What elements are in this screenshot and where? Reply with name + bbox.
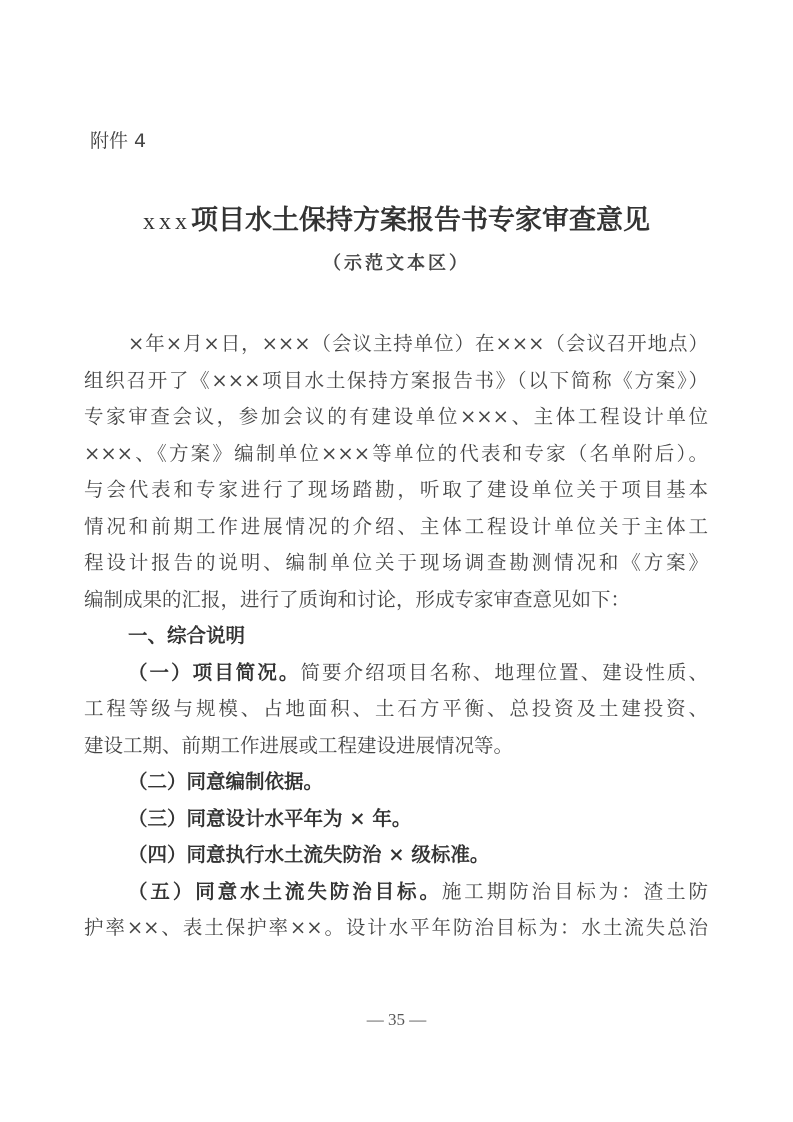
attachment-label: 附件 4 — [90, 126, 146, 153]
document-subtitle: （示范文本区） — [0, 249, 793, 275]
item-1-line: 工程等级与规模、占地面积、土石方平衡、总投资及土建投资、 — [84, 691, 708, 728]
item-text: 简要介绍项目名称、地理位置、建设性质、 — [300, 661, 708, 684]
title-prefix: xxx — [143, 209, 191, 235]
intro-line: 组织召开了《×××项目水土保持方案报告书》（以下简称《方案》） — [84, 363, 708, 400]
intro-line: 程设计报告的说明、编制单位关于现场调查勘测情况和《方案》 — [84, 545, 708, 582]
intro-line: ×××、《方案》编制单位×××等单位的代表和专家（名单附后）。 — [84, 436, 708, 473]
document-title: xxx项目水土保持方案报告书专家审查意见 — [0, 198, 793, 237]
item-text: 施工期防治目标为：渣土防 — [442, 880, 708, 903]
section-heading: 一、综合说明 — [84, 618, 708, 655]
intro-line: 编制成果的汇报，进行了质询和讨论，形成专家审查意见如下： — [84, 582, 708, 619]
item-5-line: （五）同意水土流失防治目标。施工期防治目标为：渣土防 — [84, 874, 708, 911]
document-body: ×年×月×日，×××（会议主持单位）在×××（会议召开地点） 组织召开了《×××… — [84, 326, 708, 947]
item-label: （一）项目简况。 — [128, 661, 300, 684]
page-number: — 35 — — [0, 1010, 793, 1030]
item-label: （三）同意设计水平年为 × 年。 — [128, 807, 411, 830]
item-label: （二）同意编制依据。 — [128, 770, 323, 793]
item-1-line: （一）项目简况。简要介绍项目名称、地理位置、建设性质、 — [84, 655, 708, 692]
item-2-line: （二）同意编制依据。 — [84, 764, 708, 801]
item-4-line: （四）同意执行水土流失防治 × 级标准。 — [84, 837, 708, 874]
item-label: （四）同意执行水土流失防治 × 级标准。 — [128, 843, 489, 866]
title-main: 项目水土保持方案报告书专家审查意见 — [191, 205, 650, 236]
intro-line: ×年×月×日，×××（会议主持单位）在×××（会议召开地点） — [84, 326, 708, 363]
item-1-line: 建设工期、前期工作进展或工程建设进展情况等。 — [84, 728, 708, 765]
item-label: （五）同意水土流失防治目标。 — [128, 880, 442, 903]
item-5-line: 护率××、表土保护率××。设计水平年防治目标为：水土流失总治 — [84, 910, 708, 947]
intro-line: 专家审查会议，参加会议的有建设单位×××、主体工程设计单位 — [84, 399, 708, 436]
intro-line: 与会代表和专家进行了现场踏勘，听取了建设单位关于项目基本 — [84, 472, 708, 509]
intro-line: 情况和前期工作进展情况的介绍、主体工程设计单位关于主体工 — [84, 509, 708, 546]
item-3-line: （三）同意设计水平年为 × 年。 — [84, 801, 708, 838]
